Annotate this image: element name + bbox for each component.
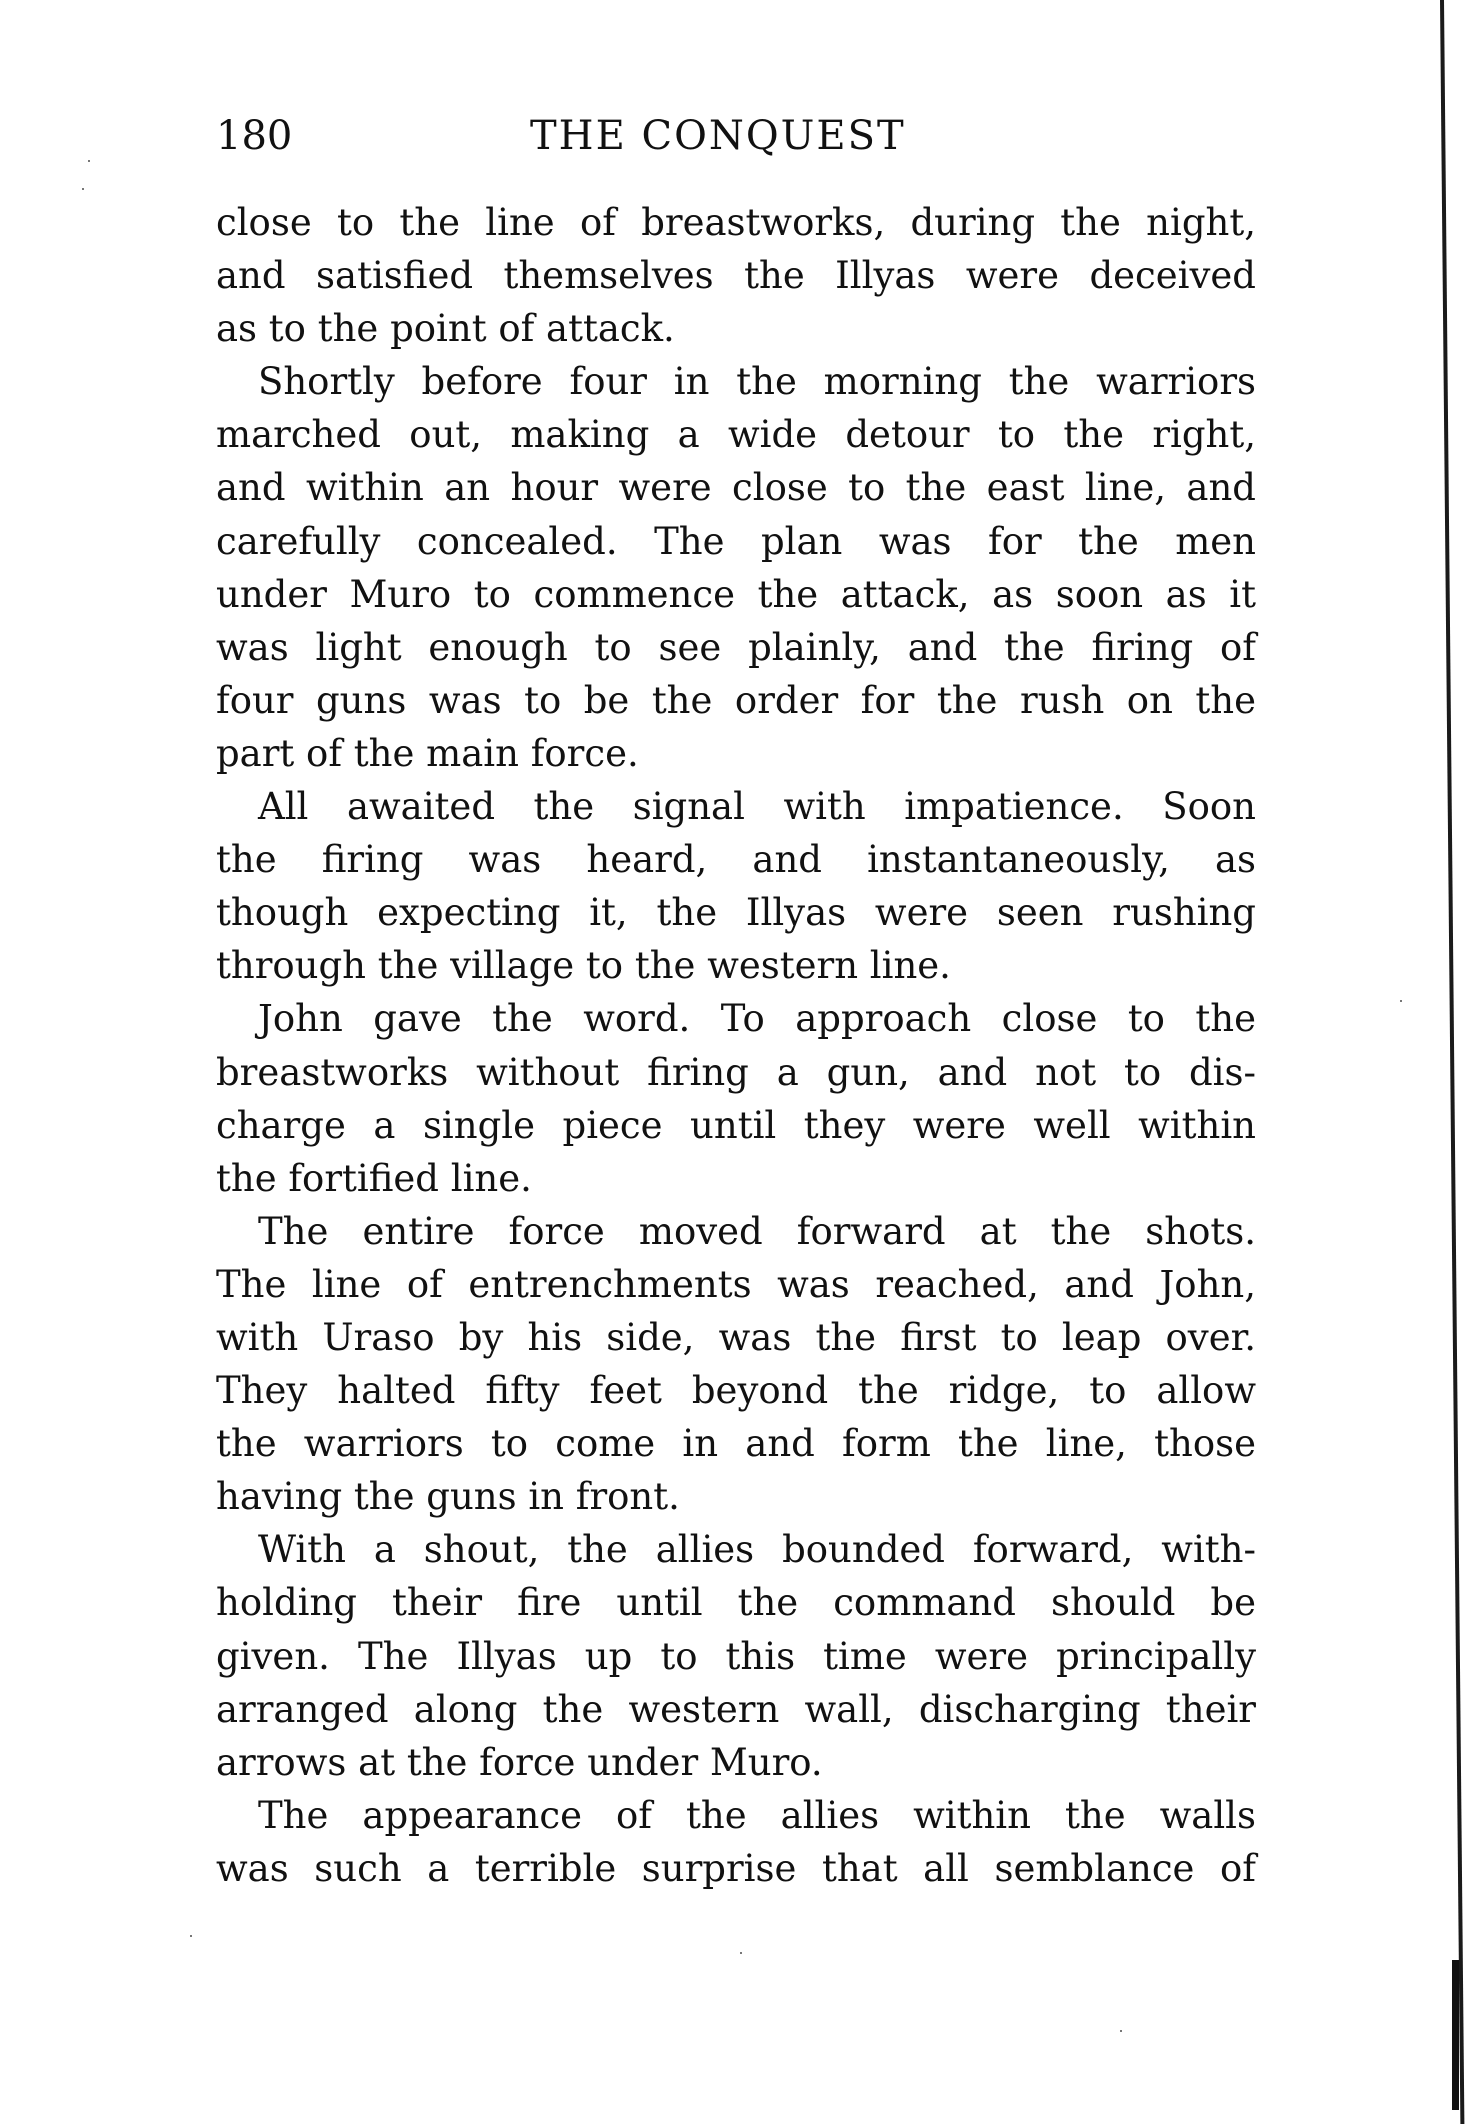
- text-line: the fortified line.: [216, 1152, 1256, 1205]
- text-line: With a shout, the allies bounded forward…: [216, 1523, 1256, 1576]
- text-line: though expecting it, the Illyas were see…: [216, 886, 1256, 939]
- text-line: with Uraso by his side, was the first to…: [216, 1311, 1256, 1364]
- text-line: was such a terrible surprise that all se…: [216, 1842, 1256, 1895]
- text-line: charge a single piece until they were we…: [216, 1099, 1256, 1152]
- text-line: through the village to the western line.: [216, 939, 1256, 992]
- page-number: 180: [216, 108, 292, 164]
- text-line: and satisfied themselves the Illyas were…: [216, 249, 1256, 302]
- scan-speck: [1120, 2030, 1122, 2032]
- page-edge-line: [1440, 0, 1464, 2124]
- text-line: arrows at the force under Muro.: [216, 1736, 1256, 1789]
- scan-speck: [190, 1935, 192, 1937]
- text-line: was light enough to see plainly, and the…: [216, 621, 1256, 674]
- scan-speck: [82, 188, 84, 190]
- text-line: carefully concealed. The plan was for th…: [216, 515, 1256, 568]
- text-line: Shortly before four in the morning the w…: [216, 355, 1256, 408]
- book-page: 180 THE CONQUEST close to the line of br…: [0, 0, 1482, 2124]
- text-line: holding their fire until the command sho…: [216, 1576, 1256, 1629]
- running-head: 180 THE CONQUEST: [216, 108, 1256, 164]
- text-line: marched out, making a wide detour to the…: [216, 408, 1256, 461]
- text-line: given. The Illyas up to this time were p…: [216, 1630, 1256, 1683]
- text-line: close to the line of breastworks, during…: [216, 196, 1256, 249]
- page-edge-shadow: [1452, 1960, 1459, 2110]
- text-line: The line of entrenchments was reached, a…: [216, 1258, 1256, 1311]
- scan-speck: [88, 160, 90, 162]
- text-line: The entire force moved forward at the sh…: [216, 1205, 1256, 1258]
- scan-speck: [1400, 1000, 1402, 1002]
- text-line: They halted fifty feet beyond the ridge,…: [216, 1364, 1256, 1417]
- running-title: THE CONQUEST: [530, 108, 906, 164]
- scan-speck: [740, 1952, 742, 1954]
- text-line: arranged along the western wall, dischar…: [216, 1683, 1256, 1736]
- text-line: and within an hour were close to the eas…: [216, 461, 1256, 514]
- text-line: the firing was heard, and instantaneousl…: [216, 833, 1256, 886]
- text-line: The appearance of the allies within the …: [216, 1789, 1256, 1842]
- body-text: close to the line of breastworks, during…: [216, 196, 1256, 1895]
- text-line: as to the point of attack.: [216, 302, 1256, 355]
- text-line: having the guns in front.: [216, 1470, 1256, 1523]
- text-line: part of the main force.: [216, 727, 1256, 780]
- text-line: the warriors to come in and form the lin…: [216, 1417, 1256, 1470]
- text-line: under Muro to commence the attack, as so…: [216, 568, 1256, 621]
- text-line: breastworks without firing a gun, and no…: [216, 1046, 1256, 1099]
- text-line: John gave the word. To approach close to…: [216, 992, 1256, 1045]
- text-line: four guns was to be the order for the ru…: [216, 674, 1256, 727]
- text-line: All awaited the signal with impatience. …: [216, 780, 1256, 833]
